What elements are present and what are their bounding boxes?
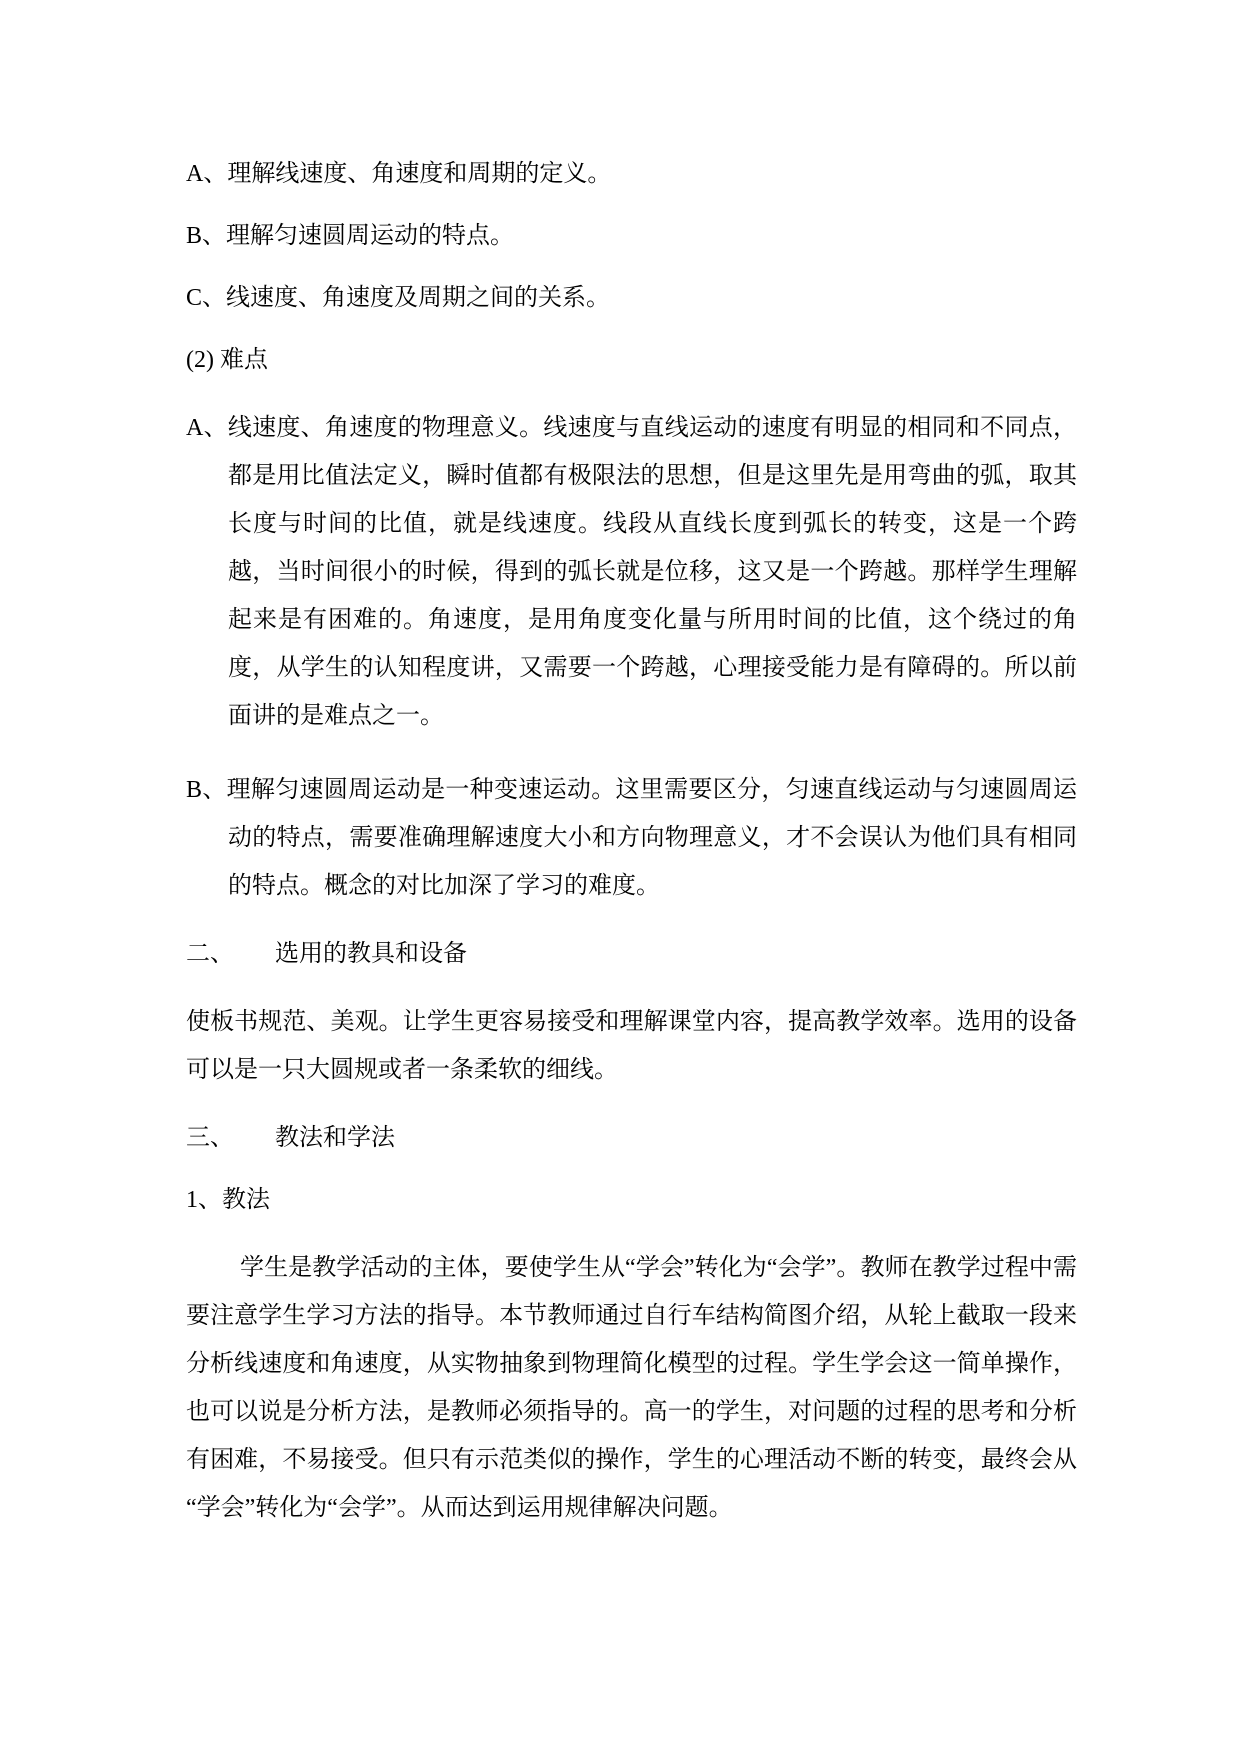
paragraph-11: 学生是教学活动的主体，要使学生从“学会”转化为“会学”。教师在教学过程中需要注意… (186, 1244, 1077, 1532)
paragraph-9: 三、教法和学法 (186, 1114, 1077, 1162)
paragraph-3: C、线速度、角速度及周期之间的关系。 (186, 274, 1077, 322)
document-page: A、理解线速度、角速度和周期的定义。B、理解匀速圆周运动的特点。C、线速度、角速… (0, 0, 1241, 1754)
paragraph-8: 使板书规范、美观。让学生更容易接受和理解课堂内容，提高教学效率。选用的设备可以是… (186, 998, 1077, 1094)
paragraph-marker: 二、 (186, 930, 275, 978)
paragraph-10: 1、教法 (186, 1176, 1077, 1224)
paragraph-7: 二、选用的教具和设备 (186, 930, 1077, 978)
paragraph-text: 线速度、角速度及周期之间的关系。 (226, 285, 610, 311)
paragraph-5: A、线速度、角速度的物理意义。线速度与直线运动的速度有明显的相同和不同点，都是用… (186, 404, 1077, 740)
paragraph-text: 理解线速度、角速度和周期的定义。 (227, 161, 611, 187)
paragraph-marker: 三、 (186, 1114, 275, 1162)
paragraph-text: 1、教法 (186, 1187, 270, 1213)
paragraph-marker: B、 (186, 777, 227, 803)
paragraph-4: (2) 难点 (186, 336, 1077, 384)
paragraph-1: A、理解线速度、角速度和周期的定义。 (186, 150, 1077, 198)
paragraph-text: 教法和学法 (275, 1125, 395, 1151)
paragraph-marker: A、 (186, 415, 228, 441)
paragraph-text: 选用的教具和设备 (275, 941, 467, 967)
paragraph-text: 线速度、角速度的物理意义。线速度与直线运动的速度有明显的相同和不同点，都是用比值… (228, 415, 1077, 729)
paragraph-marker: B、 (186, 223, 226, 249)
paragraph-text: 使板书规范、美观。让学生更容易接受和理解课堂内容，提高教学效率。选用的设备可以是… (186, 1009, 1077, 1083)
paragraph-text: 理解匀速圆周运动的特点。 (226, 223, 514, 249)
paragraph-2: B、理解匀速圆周运动的特点。 (186, 212, 1077, 260)
paragraph-marker: A、 (186, 161, 227, 187)
paragraph-marker: C、 (186, 285, 226, 311)
paragraph-text: (2) 难点 (186, 347, 268, 373)
paragraph-text: 理解匀速圆周运动是一种变速运动。这里需要区分，匀速直线运动与匀速圆周运动的特点，… (227, 777, 1077, 899)
paragraph-text: 学生是教学活动的主体，要使学生从“学会”转化为“会学”。教师在教学过程中需要注意… (186, 1255, 1077, 1521)
paragraph-6: B、理解匀速圆周运动是一种变速运动。这里需要区分，匀速直线运动与匀速圆周运动的特… (186, 766, 1077, 910)
